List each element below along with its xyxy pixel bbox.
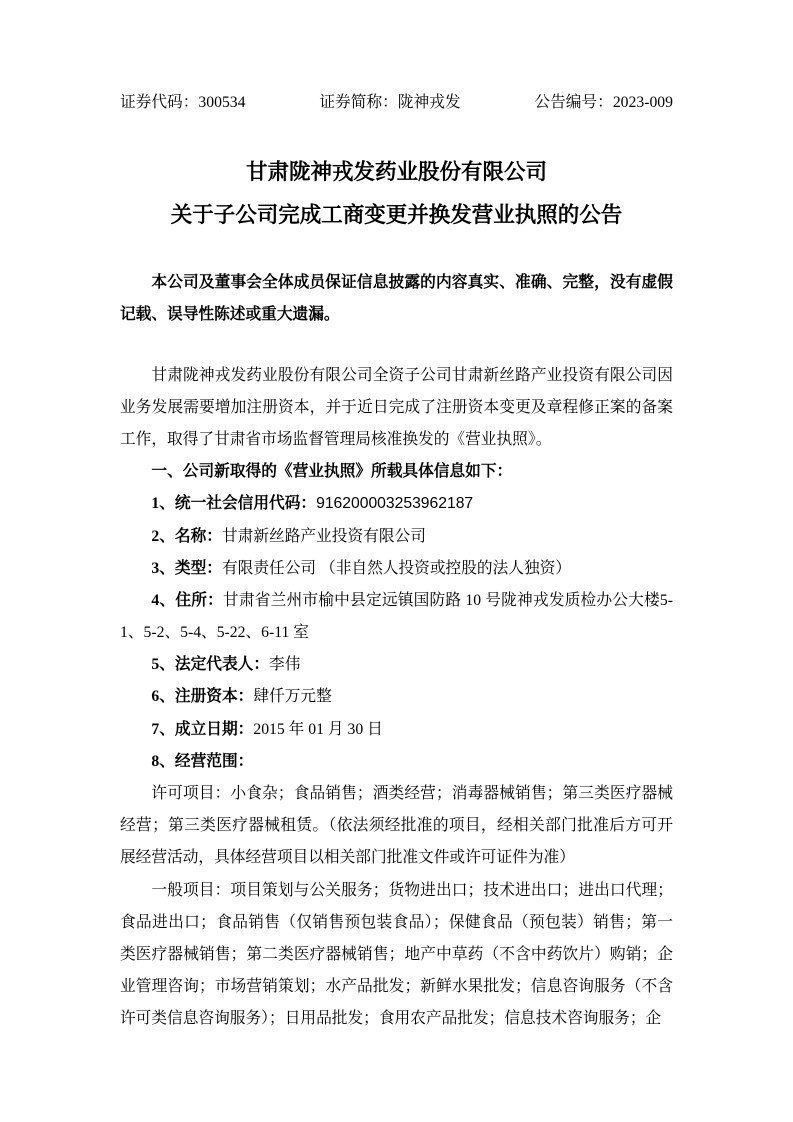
license-item-label: 4、住所： xyxy=(151,592,223,609)
license-item-value: 李伟 xyxy=(269,656,300,673)
document-header: 证券代码：300534 证券简称：陇神戎发 公告编号：2023-009 xyxy=(120,92,673,113)
license-item-label: 8、经营范围： xyxy=(151,753,253,770)
announcement-page: 证券代码：300534 证券简称：陇神戎发 公告编号：2023-009 甘肃陇神… xyxy=(0,0,793,1122)
license-item-label: 7、成立日期： xyxy=(151,721,253,738)
license-item-business-scope: 8、经营范围： xyxy=(120,746,673,778)
license-item-value: 有限责任公司 （非自然人投资或控股的法人独资） xyxy=(222,560,571,577)
license-item-label: 2、名称： xyxy=(151,528,222,545)
license-item-label: 3、类型： xyxy=(151,560,222,577)
licensed-scope-paragraph: 许可项目：小食杂；食品销售；酒类经营；消毒器械销售；第三类医疗器械经营；第三类医… xyxy=(120,778,673,875)
announcement-number: 公告编号：2023-009 xyxy=(534,92,673,113)
license-item-establishment-date: 7、成立日期：2015 年 01 月 30 日 xyxy=(120,714,673,746)
license-item-label: 5、法定代表人： xyxy=(151,656,269,673)
general-scope-paragraph: 一般项目：项目策划与公关服务；货物进出口；技术进出口；进出口代理；食品进出口；食… xyxy=(120,875,673,1036)
license-item-label: 1、统一社会信用代码： xyxy=(151,495,316,512)
stock-abbreviation: 证券简称：陇神戎发 xyxy=(319,92,460,113)
license-item-value: 916200003253962187 xyxy=(316,495,473,512)
license-item-registered-capital: 6、注册资本：肆仟万元整 xyxy=(120,681,673,713)
license-item-legal-representative: 5、法定代表人：李伟 xyxy=(120,649,673,681)
license-item-credit-code: 1、统一社会信用代码：916200003253962187 xyxy=(120,488,673,520)
license-item-value: 甘肃新丝路产业投资有限公司 xyxy=(222,528,426,545)
license-item-name: 2、名称：甘肃新丝路产业投资有限公司 xyxy=(120,521,673,553)
intro-paragraph: 甘肃陇神戎发药业股份有限公司全资子公司甘肃新丝路产业投资有限公司因业务发展需要增… xyxy=(120,360,673,457)
document-title: 甘肃陇神戎发药业股份有限公司 关于子公司完成工商变更并换发营业执照的公告 xyxy=(120,151,673,237)
license-item-label: 6、注册资本： xyxy=(151,688,253,705)
stock-code: 证券代码：300534 xyxy=(120,92,246,113)
board-disclaimer: 本公司及董事会全体成员保证信息披露的内容真实、准确、完整，没有虚假记载、误导性陈… xyxy=(120,267,673,331)
license-item-value: 肆仟万元整 xyxy=(253,688,331,705)
document-title-line1: 甘肃陇神戎发药业股份有限公司 xyxy=(120,151,673,194)
document-title-line2: 关于子公司完成工商变更并换发营业执照的公告 xyxy=(120,194,673,237)
license-item-type: 3、类型：有限责任公司 （非自然人投资或控股的法人独资） xyxy=(120,553,673,585)
license-item-address: 4、住所：甘肃省兰州市榆中县定远镇国防路 10 号陇神戎发质检办公大楼5-1、5… xyxy=(120,585,673,649)
section-1-heading: 一、公司新取得的《营业执照》所载具体信息如下： xyxy=(120,456,673,488)
license-item-value: 2015 年 01 月 30 日 xyxy=(253,721,382,738)
